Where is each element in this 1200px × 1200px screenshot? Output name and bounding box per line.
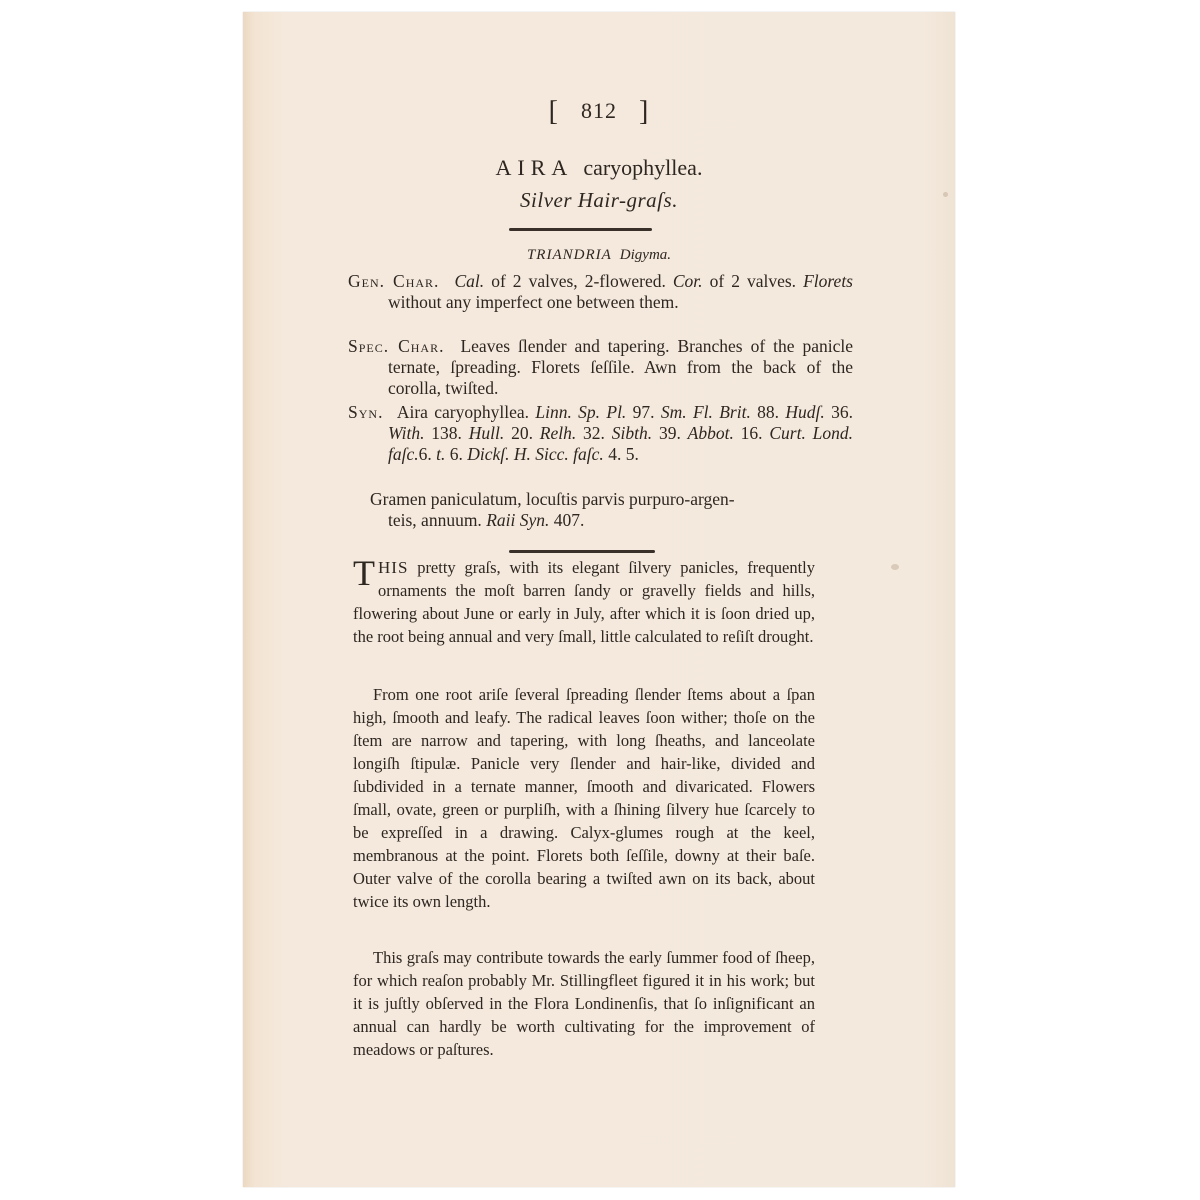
spec-char-text: Leaves ſlender and tapering. Branches of… (388, 336, 853, 398)
divider-rule (509, 228, 652, 231)
gen-text: Cor. (673, 271, 703, 291)
syn-text: 6. (445, 444, 467, 464)
syn-ref: Relh. (540, 423, 576, 443)
specific-character: Spec. Char. Leaves ſlender and tapering.… (348, 336, 853, 399)
syn-text: 36. (825, 402, 853, 422)
drop-cap: T (353, 558, 375, 588)
syn-text: 138. (424, 423, 468, 443)
syn-text: 39. (652, 423, 688, 443)
paragraph-1: THIS pretty graſs, with its elegant ſilv… (353, 556, 815, 648)
species-name: caryophyllea. (583, 155, 702, 180)
syn-text: 6. (419, 444, 437, 464)
syn-ref: Linn. Sp. Pl. (535, 402, 626, 422)
gramen-ref: Raii Syn. (486, 510, 549, 530)
bracket-right: ] (639, 96, 649, 128)
book-page: [812] AIRAcaryophyllea. Silver Hair-graſ… (243, 12, 955, 1187)
paper-blemish (943, 192, 948, 197)
syn-text: 4. 5. (604, 444, 639, 464)
gramen-text: teis, annuum. (388, 510, 486, 530)
paper-blemish (891, 564, 899, 570)
species-title: AIRAcaryophyllea. (243, 155, 955, 181)
syn-ref: Hudſ. (785, 402, 824, 422)
gen-text: of 2 valves, 2-flowered. (484, 271, 673, 291)
genus-name: AIRA (496, 155, 574, 180)
paragraph-text: pretty graſs, with its elegant ſilvery p… (353, 558, 815, 646)
syn-text: 97. (626, 402, 661, 422)
order-name: Digyma. (620, 247, 671, 263)
spec-char-label: Spec. Char. (348, 336, 444, 356)
linnaean-class: TRIANDRIADigyma. (243, 247, 955, 264)
syn-text: 20. (504, 423, 540, 443)
common-name: Silver Hair-graſs. (243, 188, 955, 213)
class-name: TRIANDRIA (527, 247, 612, 263)
syn-ref: Hull. (469, 423, 505, 443)
syn-text: 32. (576, 423, 612, 443)
gramen-text: 407. (549, 510, 584, 530)
syn-text: 16. (734, 423, 770, 443)
opening-caps: HIS (378, 558, 408, 577)
generic-character: Gen. Char. Cal. of 2 valves, 2-flowered.… (348, 271, 853, 313)
syn-ref: t. (436, 444, 445, 464)
paragraph-3: This graſs may contribute towards the ea… (353, 946, 815, 1061)
syn-ref: Dickſ. H. Sicc. faſc. (467, 444, 604, 464)
divider-rule (509, 550, 655, 553)
page-number-value: 812 (581, 98, 617, 123)
gramen-line-1: Gramen paniculatum, locuſtis parvis purp… (370, 489, 735, 509)
gramen-line-2: teis, annuum. Raii Syn. 407. (370, 510, 813, 531)
gen-char-label: Gen. Char. (348, 271, 439, 291)
page-number: [812] (243, 96, 955, 128)
syn-ref: With. (388, 423, 424, 443)
syn-label: Syn. (348, 402, 383, 422)
syn-ref: Sm. Fl. Brit. (661, 402, 751, 422)
syn-text: Aira caryophyllea. (397, 402, 536, 422)
gramen-synonym: Gramen paniculatum, locuſtis parvis purp… (370, 489, 813, 531)
syn-ref: Sibth. (612, 423, 652, 443)
gen-text: of 2 valves. (703, 271, 804, 291)
gen-text: Florets (803, 271, 853, 291)
gen-text: Cal. (454, 271, 484, 291)
bracket-left: [ (549, 96, 559, 128)
paragraph-2: From one root ariſe ſeveral ſpreading ſl… (353, 683, 815, 913)
syn-ref: Abbot. (688, 423, 734, 443)
synonyms: Syn. Aira caryophyllea. Linn. Sp. Pl. 97… (348, 402, 853, 465)
gen-text: without any imperfect one between them. (388, 292, 679, 312)
syn-text: 88. (751, 402, 786, 422)
